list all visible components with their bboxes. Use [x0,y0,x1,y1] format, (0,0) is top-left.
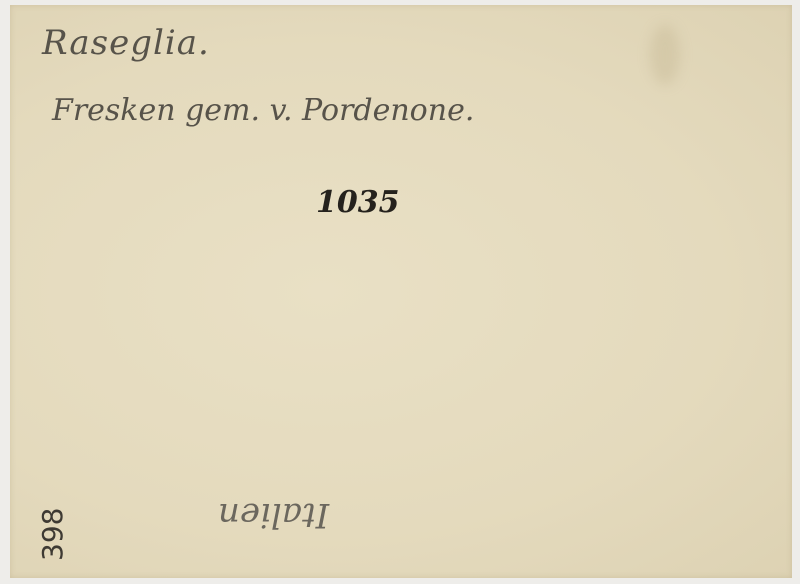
rotated-side-number: 398 [36,508,69,561]
handwritten-subtitle: Fresken gem. v. Pordenone. [52,93,474,128]
paper-stain [650,25,680,85]
photo-card-back: Raseglia. Fresken gem. v. Pordenone. 103… [10,5,792,578]
upside-down-country-label: Italien [218,495,329,535]
handwritten-catalog-number: 1035 [316,185,400,220]
handwritten-title: Raseglia. [42,23,210,63]
